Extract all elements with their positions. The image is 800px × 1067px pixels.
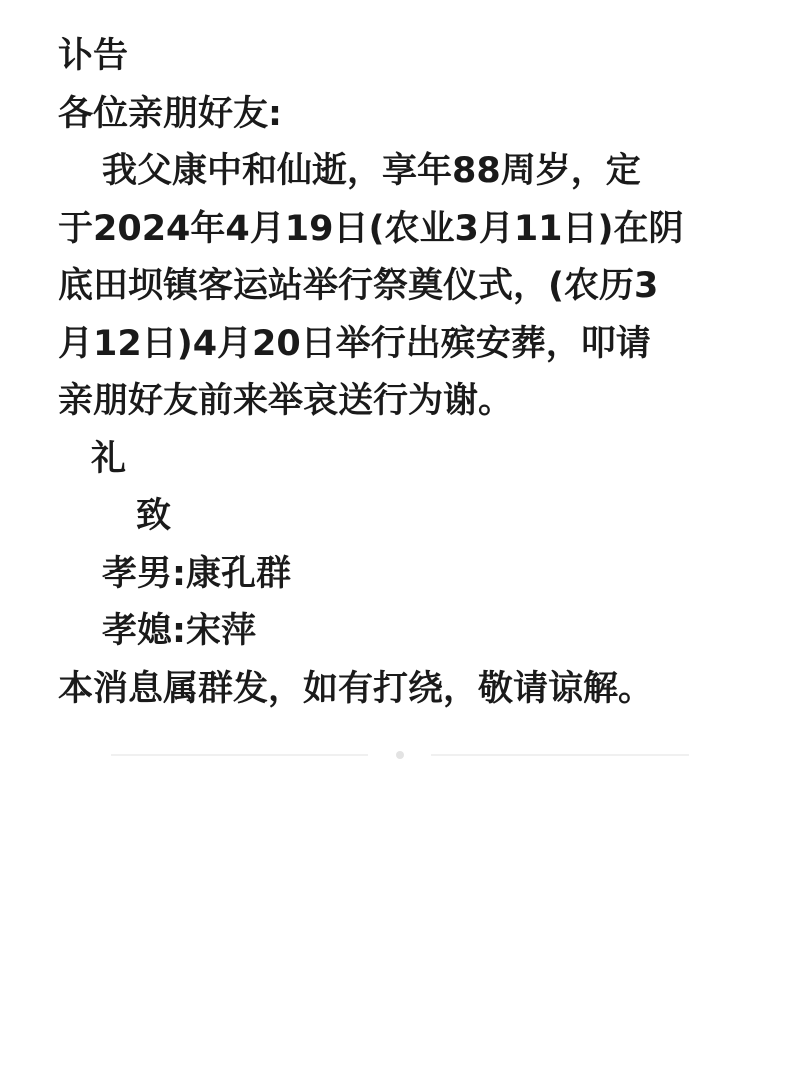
signatory-son: 孝男:康孔群 [58,546,748,604]
footer-note: 本消息属群发，如有打绕，敬请谅解。 [58,661,748,719]
end-divider-right [431,754,689,756]
body-line: 底田坝镇客运站举行祭奠仪式，(农历3 [58,258,748,316]
end-divider-left [111,754,368,756]
notice-title: 讣告 [58,28,748,86]
body-line: 我父康中和仙逝，享年88周岁，定 [58,143,748,201]
signatory-daughter-in-law: 孝媳:宋萍 [58,603,748,661]
body-line: 于2024年4月19日(农业3月11日)在阴 [58,201,748,259]
closing-zhi: 致 [58,488,748,546]
body-line: 月12日)4月20日举行出殡安葬，叩请 [58,316,748,374]
body-line: 亲朋好友前来举哀送行为谢。 [58,373,748,431]
obituary-document: 讣告 各位亲朋好友: 我父康中和仙逝，享年88周岁，定 于2024年4月19日(… [58,28,748,718]
closing-li: 礼 [58,431,748,489]
salutation: 各位亲朋好友: [58,86,748,144]
end-divider-dot [396,751,404,759]
